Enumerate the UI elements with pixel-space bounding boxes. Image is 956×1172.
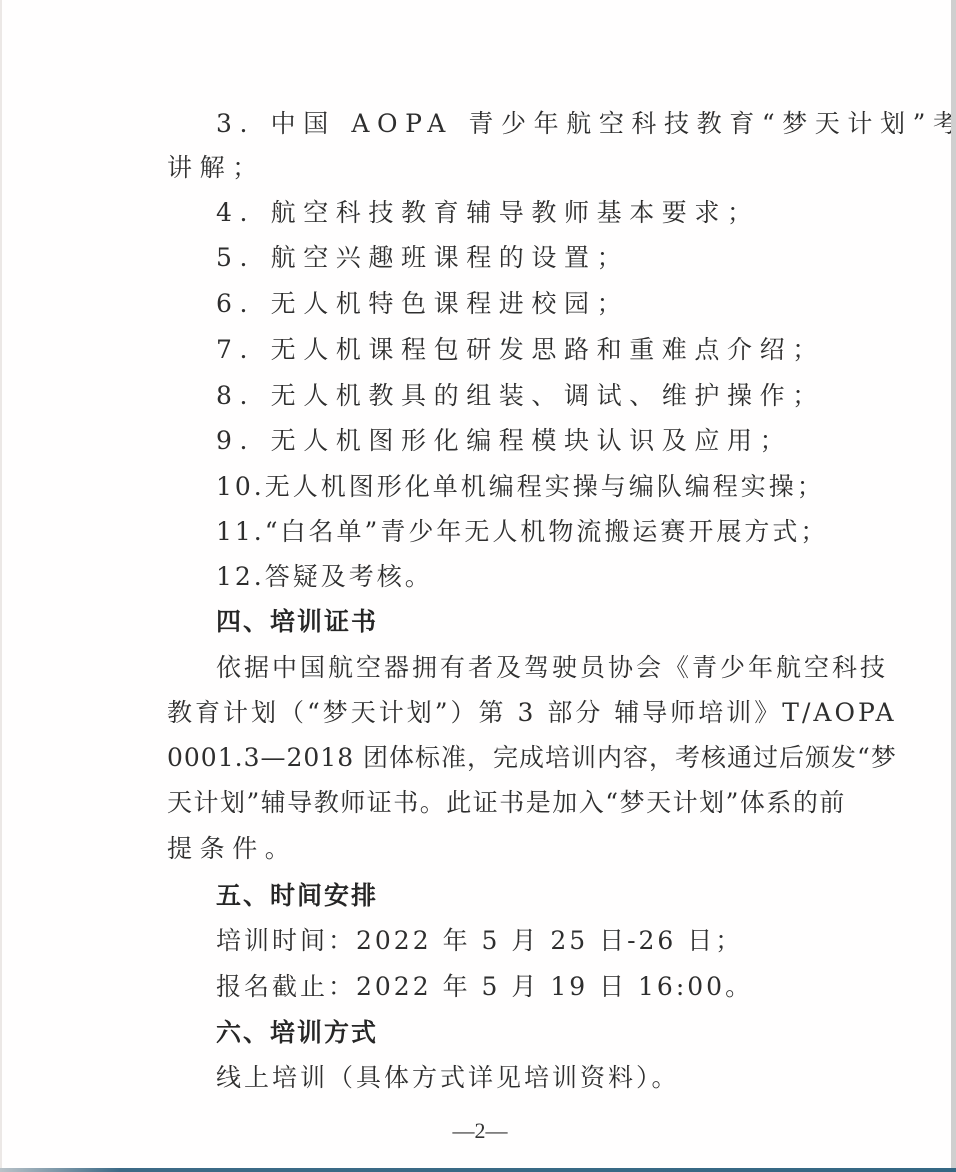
page-number: —2— (2, 1118, 956, 1144)
agenda-item-4: 4. 航空科技教育辅导教师基本要求； (216, 190, 843, 236)
agenda-item-8: 8. 无人机教具的组装、调试、维护操作； (216, 373, 843, 419)
agenda-item-7: 7. 无人机课程包研发思路和重难点介绍； (216, 327, 843, 373)
agenda-item-3-continuation: 讲解； (167, 145, 843, 191)
training-dates: 培训时间：2022 年 5 月 25 日-26 日； (216, 918, 843, 964)
certificate-paragraph-line-4: 天计划”辅导教师证书。此证书是加入“梦天计划”体系的前 (167, 780, 843, 826)
document-page: 3. 中国 AOPA 青少年航空科技教育“梦天计划”考级体系 讲解； 4. 航空… (0, 0, 953, 1168)
section-heading-training-method: 六、培训方式 (216, 1010, 843, 1056)
certificate-paragraph-line-3: 0001.3—2018 团体标准，完成培训内容，考核通过后颁发“梦 (167, 735, 843, 781)
certificate-paragraph-line-1: 依据中国航空器拥有者及驾驶员协会《青少年航空科技 (216, 645, 843, 691)
section-heading-certificate: 四、培训证书 (216, 599, 843, 645)
viewer-bottom-bar (0, 1168, 956, 1172)
agenda-item-9: 9. 无人机图形化编程模块认识及应用； (216, 418, 843, 464)
agenda-item-5: 5. 航空兴趣班课程的设置； (216, 235, 843, 281)
agenda-item-10: 10.无人机图形化单机编程实操与编队编程实操； (216, 464, 843, 510)
scan-right-edge (951, 0, 956, 1168)
certificate-paragraph-line-2: 教育计划（“梦天计划”）第 3 部分 辅导师培训》T/AOPA (167, 690, 843, 736)
agenda-item-12: 12.答疑及考核。 (216, 554, 843, 600)
section-heading-schedule: 五、时间安排 (216, 873, 843, 919)
agenda-item-6: 6. 无人机特色课程进校园； (216, 281, 843, 327)
agenda-item-3: 3. 中国 AOPA 青少年航空科技教育“梦天计划”考级体系 (216, 101, 843, 147)
agenda-item-11: 11.“白名单”青少年无人机物流搬运赛开展方式； (216, 509, 843, 555)
certificate-paragraph-line-5: 提条件。 (167, 826, 843, 872)
registration-deadline: 报名截止：2022 年 5 月 19 日 16:00。 (216, 964, 843, 1010)
training-method-text: 线上培训（具体方式详见培训资料）。 (216, 1055, 843, 1101)
